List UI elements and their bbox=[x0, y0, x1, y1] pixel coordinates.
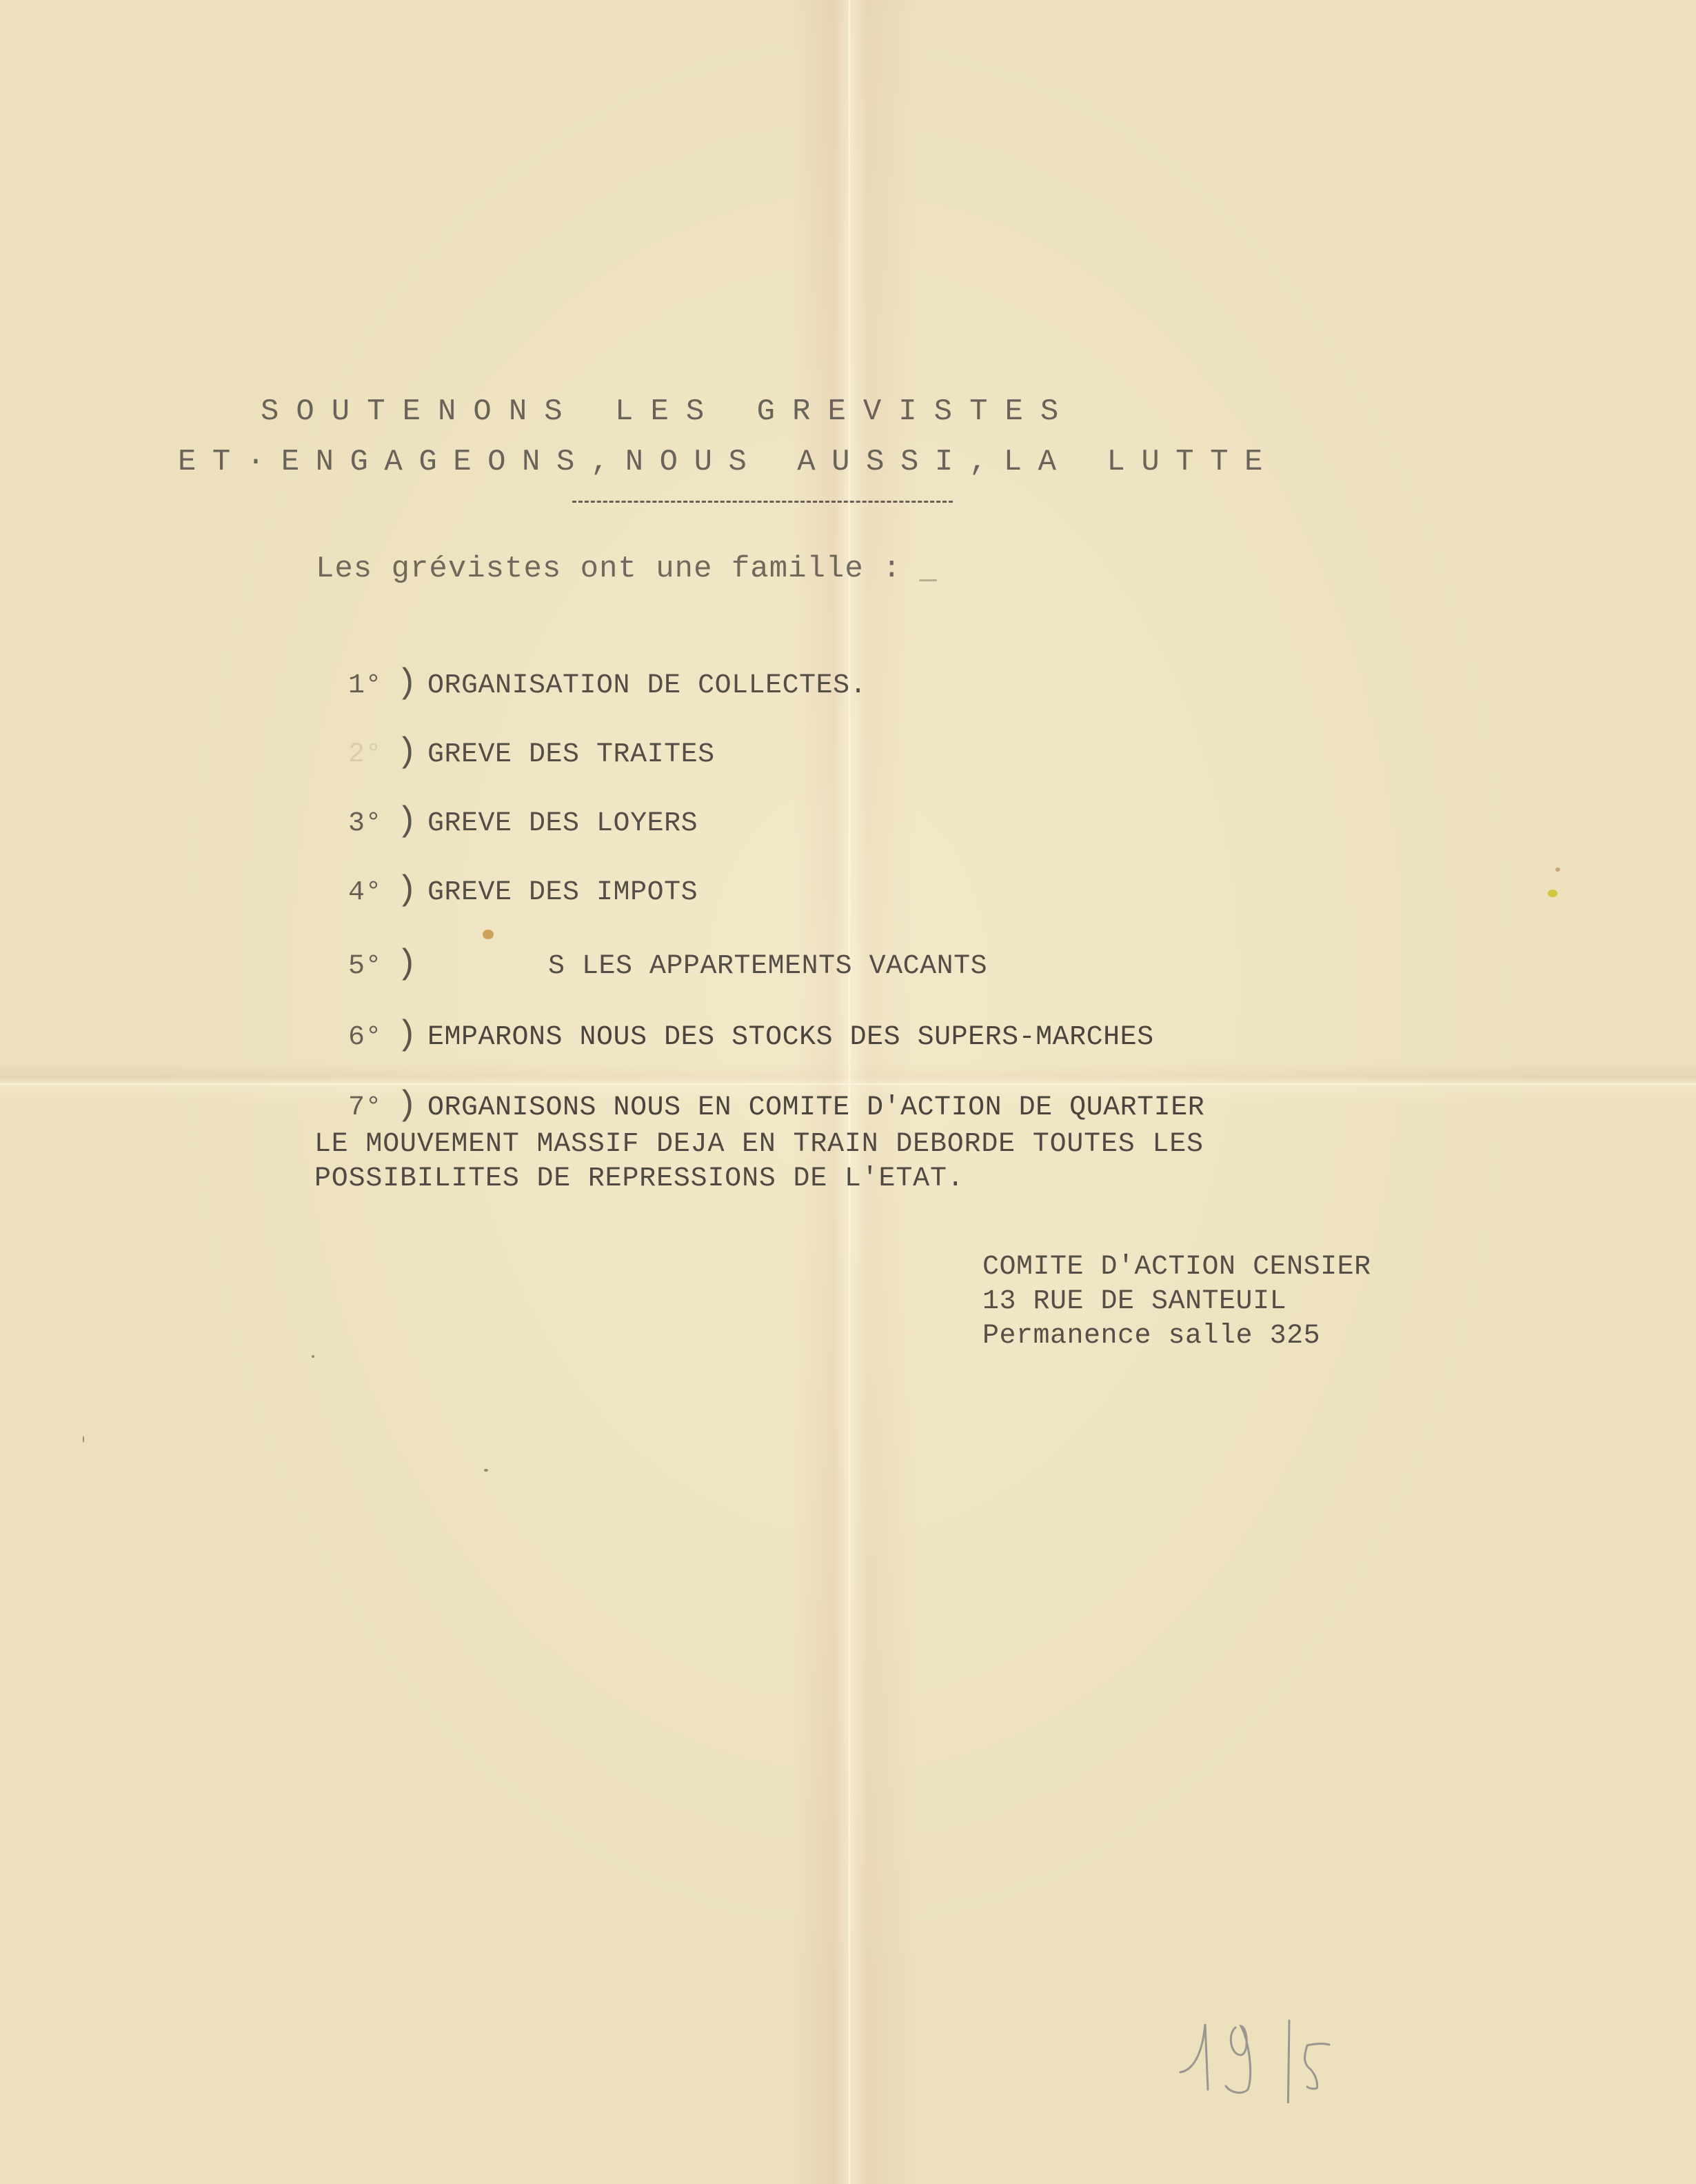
title-line-2: ET·ENGAGEONS,NOUS AUSSI,LA LUTTE bbox=[178, 445, 1279, 479]
paragraph-line-2: POSSIBILITES DE REPRESSIONS DE L'ETAT. bbox=[314, 1163, 965, 1194]
item-paren: ) bbox=[396, 664, 427, 703]
list-item: 3°)GREVE DES LOYERS bbox=[314, 771, 698, 841]
list-item: 2°)GREVE DES TRAITES bbox=[314, 702, 715, 772]
signature-office: Permanence salle 325 bbox=[982, 1321, 1320, 1352]
item-number: 6° bbox=[348, 1022, 396, 1053]
title-separator bbox=[572, 501, 953, 503]
handwritten-pencil-note bbox=[1172, 1986, 1337, 2103]
item-text: S LES APPARTEMENTS VACANTS bbox=[548, 951, 987, 982]
paper-speck bbox=[312, 1355, 314, 1358]
list-item: 7°)ORGANISONS NOUS EN COMITE D'ACTION DE… bbox=[314, 1055, 1204, 1125]
item-number: 4° bbox=[348, 877, 396, 908]
item-number: 2° bbox=[348, 739, 396, 770]
item-text: EMPARONS NOUS DES STOCKS DES SUPERS-MARC… bbox=[427, 1022, 1154, 1053]
paper-speck bbox=[919, 579, 937, 581]
list-item: 1°)ORGANISATION DE COLLECTES. bbox=[314, 633, 867, 703]
intro-line: Les grévistes ont une famille : bbox=[316, 552, 902, 586]
list-item: 4°)GREVE DES IMPOTS bbox=[314, 840, 698, 910]
brown-stain-small bbox=[1555, 868, 1560, 872]
item-paren: ) bbox=[396, 802, 427, 841]
item-number: 1° bbox=[348, 670, 396, 701]
signature-organization: COMITE D'ACTION CENSIER bbox=[982, 1252, 1371, 1283]
item-paren: ) bbox=[396, 1016, 427, 1055]
item-number: 7° bbox=[348, 1092, 396, 1123]
item-paren: ) bbox=[396, 871, 427, 910]
title-line-1: SOUTENONS LES GREVISTES bbox=[261, 394, 1076, 429]
item-paren: ) bbox=[396, 733, 427, 772]
item-number: 3° bbox=[348, 808, 396, 839]
paper-speck bbox=[83, 1436, 84, 1443]
item-text: GREVE DES LOYERS bbox=[427, 808, 698, 839]
paper-speck bbox=[484, 1469, 488, 1472]
paragraph-line-1: LE MOUVEMENT MASSIF DEJA EN TRAIN DEBORD… bbox=[314, 1129, 1204, 1160]
yellow-stain bbox=[1548, 890, 1557, 897]
item-number: 5° bbox=[348, 951, 396, 982]
item-text: GREVE DES IMPOTS bbox=[427, 877, 698, 908]
list-item: 6°)EMPARONS NOUS DES STOCKS DES SUPERS-M… bbox=[314, 985, 1154, 1055]
brown-stain bbox=[483, 930, 494, 939]
item-text: ORGANISATION DE COLLECTES. bbox=[427, 670, 867, 701]
handwritten-19-5-glyphs bbox=[1172, 1986, 1337, 2103]
item-text: ORGANISONS NOUS EN COMITE D'ACTION DE QU… bbox=[427, 1092, 1204, 1123]
item-paren: ) bbox=[396, 945, 410, 984]
item-text: GREVE DES TRAITES bbox=[427, 739, 715, 770]
signature-address: 13 RUE DE SANTEUIL bbox=[982, 1286, 1286, 1317]
item-paren: ) bbox=[396, 1086, 427, 1125]
list-item: 5°)S LES APPARTEMENTS VACANTS bbox=[314, 914, 987, 984]
